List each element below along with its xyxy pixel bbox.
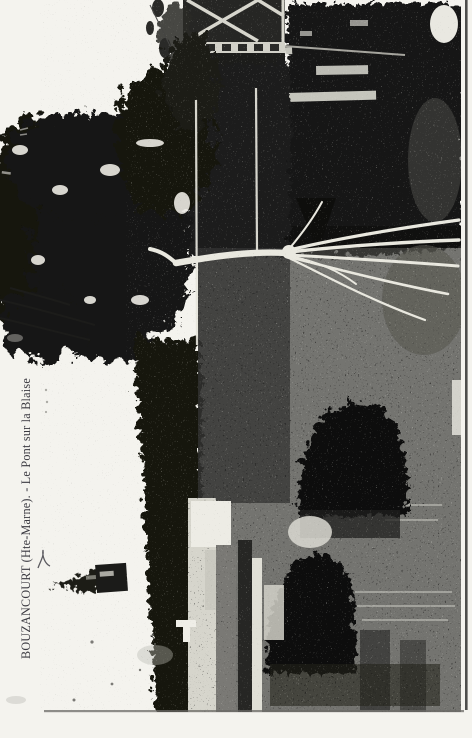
bottom-smudge: [6, 696, 26, 704]
caption-text: BOUZANCOURT (Hte-Marne). - Le Pont sur l…: [19, 378, 33, 659]
frame-line-bottom: [44, 710, 464, 712]
left-smudge: [7, 334, 23, 342]
postcard-photo: BOUZANCOURT (Hte-Marne). - Le Pont sur l…: [0, 0, 472, 738]
halftone-dark-grain: [40, 0, 461, 712]
photo-area: [0, 0, 466, 712]
frame-line-right: [465, 0, 468, 710]
postcard-scan: BOUZANCOURT (Hte-Marne). - Le Pont sur l…: [0, 0, 472, 738]
